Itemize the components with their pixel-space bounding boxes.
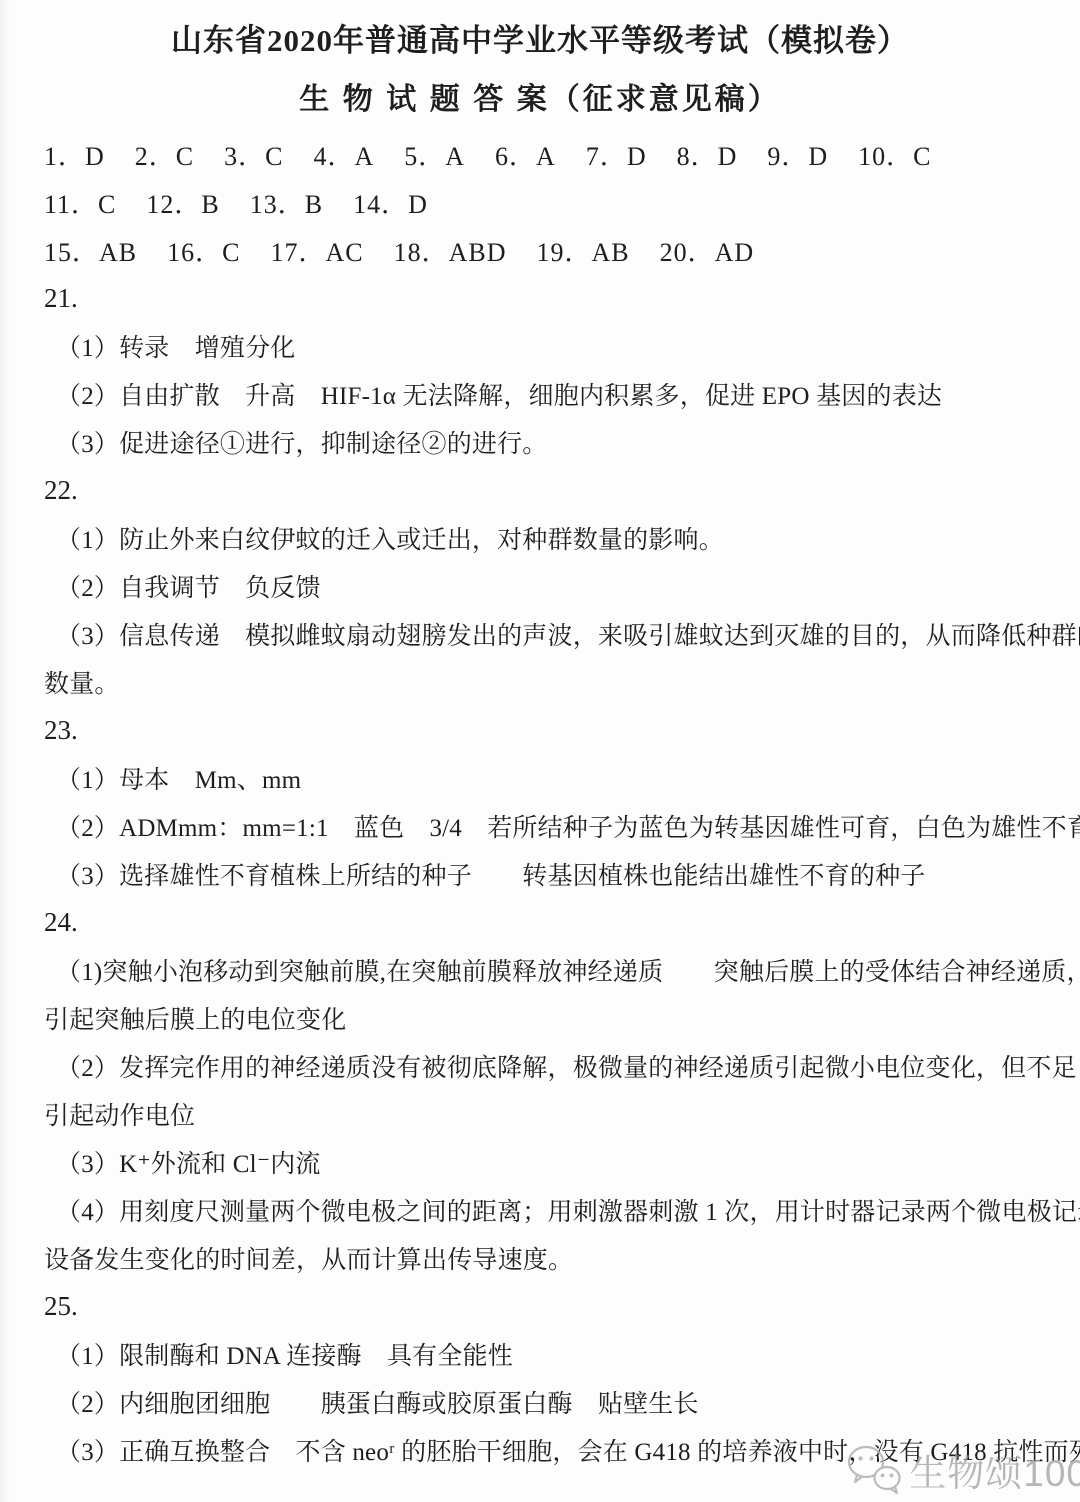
answer-line: （2）内细胞团细胞 胰蛋白酶或胶原蛋白酶 贴壁生长	[44, 1378, 1062, 1426]
answer-item: 1．D	[44, 136, 105, 173]
answer-line: （3）信息传递 模拟雌蚊扇动翅膀发出的声波，来吸引雄蚊达到灭雄的目的，从而降低种…	[44, 610, 1062, 658]
answer-line: （2）自由扩散 升高 HIF-1α 无法降解，细胞内积累多，促进 EPO 基因的…	[44, 370, 1062, 418]
answer-item: 20．AD	[660, 232, 755, 269]
answer-item: 10．C	[858, 136, 931, 173]
answer-item: 4．A	[313, 136, 374, 173]
choice-answers: 1．D2．C3．C4．A5．A6．A7．D8．D9．D10．C11．C12．B1…	[44, 130, 1062, 274]
answer-item: 9．D	[767, 136, 828, 173]
answer-item: 3．C	[224, 136, 283, 173]
section-number: 21.	[44, 274, 1062, 322]
section-number: 22.	[44, 466, 1062, 514]
answer-line: 引起动作电位	[44, 1090, 1062, 1138]
answer-item: 14．D	[353, 184, 428, 221]
answer-line: 设备发生变化的时间差，从而计算出传导速度。	[44, 1234, 1062, 1282]
answer-line: 数量。	[44, 658, 1062, 706]
answer-item: 17．AC	[270, 232, 363, 269]
section-number: 23.	[44, 706, 1062, 754]
section-number: 25.	[44, 1282, 1062, 1330]
answer-item: 18．ABD	[394, 232, 507, 269]
answer-line: （1)突触小泡移动到突触前膜,在突触前膜释放神经递质 突触后膜上的受体结合神经递…	[44, 946, 1062, 994]
answer-line: （2）发挥完作用的神经递质没有被彻底降解，极微量的神经递质引起微小电位变化，但不…	[44, 1042, 1062, 1090]
page-subtitle: 生 物 试 题 答 案（征求意见稿）	[0, 80, 1080, 120]
answer-item: 2．C	[135, 136, 194, 173]
answer-line: （1）母本 Mm、mm	[44, 754, 1062, 802]
answer-row: 1．D2．C3．C4．A5．A6．A7．D8．D9．D10．C	[44, 130, 1062, 178]
answer-line: （3）选择雄性不育植株上所结的种子 转基因植株也能结出雄性不育的种子	[44, 850, 1062, 898]
sections: 21.（1）转录 增殖分化（2）自由扩散 升高 HIF-1α 无法降解，细胞内积…	[44, 274, 1062, 1474]
answer-line: （1）防止外来白纹伊蚊的迁入或迁出，对种群数量的影响。	[44, 514, 1062, 562]
answer-line: （1）限制酶和 DNA 连接酶 具有全能性	[44, 1330, 1062, 1378]
answer-item: 16．C	[167, 232, 240, 269]
answer-item: 19．AB	[537, 232, 630, 269]
answer-item: 5．A	[404, 136, 465, 173]
document-content: 1．D2．C3．C4．A5．A6．A7．D8．D9．D10．C11．C12．B1…	[0, 120, 1080, 1474]
page-title: 山东省2020年普通高中学业水平等级考试（模拟卷）	[0, 0, 1080, 62]
document-page: 山东省2020年普通高中学业水平等级考试（模拟卷） 生 物 试 题 答 案（征求…	[0, 0, 1080, 1502]
answer-item: 11．C	[44, 184, 116, 221]
section-number: 24.	[44, 898, 1062, 946]
answer-item: 13．B	[250, 184, 323, 221]
answer-item: 12．B	[146, 184, 219, 221]
answer-row: 15．AB16．C17．AC18．ABD19．AB20．AD	[44, 226, 1062, 274]
answer-line: （4）用刻度尺测量两个微电极之间的距离；用刺激器刺激 1 次，用计时器记录两个微…	[44, 1186, 1062, 1234]
answer-line: （3）正确互换整合 不含 neoʳ 的胚胎干细胞，会在 G418 的培养液中时，…	[44, 1426, 1062, 1474]
answer-item: 15．AB	[44, 232, 137, 269]
answer-line: （1）转录 增殖分化	[44, 322, 1062, 370]
answer-item: 6．A	[495, 136, 556, 173]
answer-item: 8．D	[677, 136, 738, 173]
answer-line: 引起突触后膜上的电位变化	[44, 994, 1062, 1042]
answer-line: （3）K⁺外流和 Cl⁻内流	[44, 1138, 1062, 1186]
answer-row: 11．C12．B13．B14．D	[44, 178, 1062, 226]
answer-line: （2）ADMmm：mm=1:1 蓝色 3/4 若所结种子为蓝色为转基因雄性可育，…	[44, 802, 1062, 850]
answer-line: （3）促进途径①进行，抑制途径②的进行。	[44, 418, 1062, 466]
answer-item: 7．D	[586, 136, 647, 173]
answer-line: （2）自我调节 负反馈	[44, 562, 1062, 610]
